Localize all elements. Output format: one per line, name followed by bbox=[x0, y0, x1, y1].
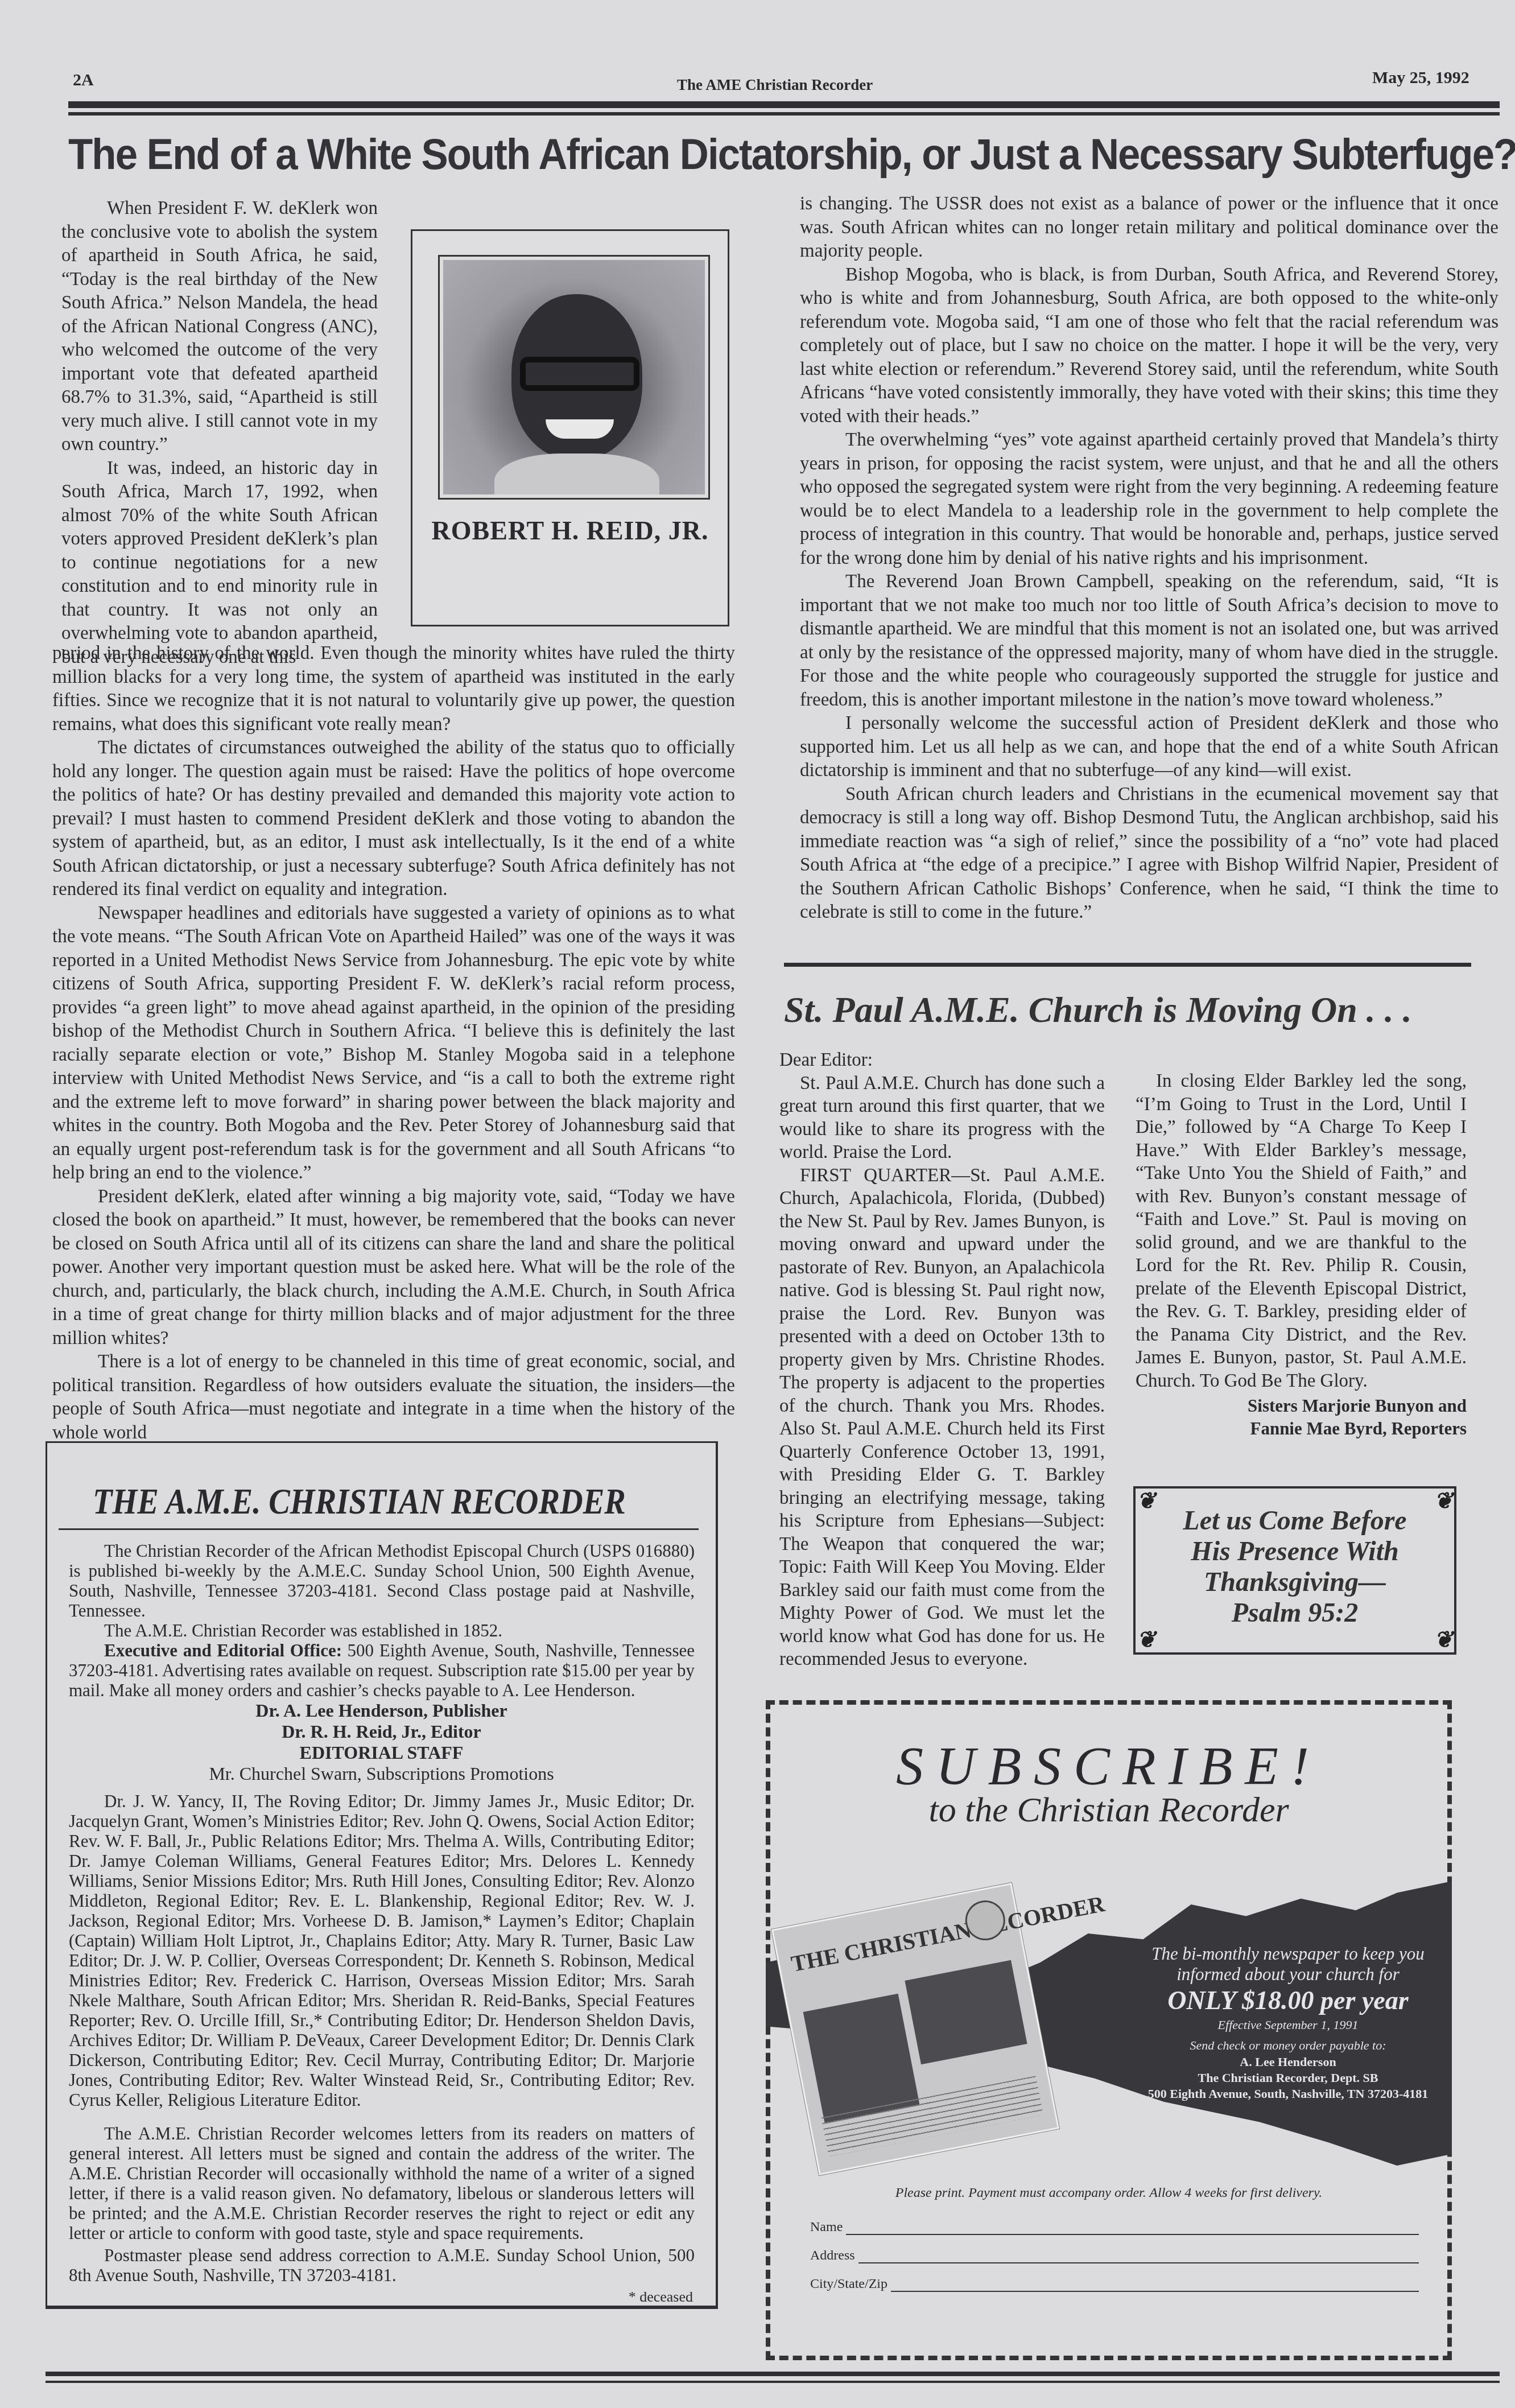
paragraph: Newspaper headlines and editorials have … bbox=[52, 902, 735, 1185]
staff-list: Dr. J. W. Yancy, II, The Roving Editor; … bbox=[69, 1791, 695, 2110]
signature-line: Fannie Mae Byrd, Reporters bbox=[1136, 1417, 1467, 1440]
postmaster-notice: Postmaster please send address correctio… bbox=[69, 2245, 695, 2285]
footer-rule-thin bbox=[46, 2381, 1500, 2383]
paragraph: When President F. W. deKlerk won the con… bbox=[61, 197, 378, 457]
paragraph: period in the history of the world. Even… bbox=[52, 642, 735, 736]
office-label: Executive and Editorial Office: bbox=[104, 1640, 342, 1660]
editorial-wide-column: period in the history of the world. Even… bbox=[52, 642, 735, 1445]
paragraph: The overwhelming “yes” vote against apar… bbox=[800, 428, 1499, 570]
paragraph: The Reverend Joan Brown Campbell, speaki… bbox=[800, 570, 1499, 712]
psalm-line: Psalm 95:2 bbox=[1136, 1598, 1454, 1628]
newspaper-illustration: THE CHRISTIAN RECORDER bbox=[771, 1883, 1059, 2175]
editorial-narrow-column: When President F. W. deKlerk won the con… bbox=[61, 197, 378, 669]
masthead-rule bbox=[59, 1528, 699, 1530]
masthead-para: The A.M.E. Christian Recorder was establ… bbox=[69, 1621, 695, 1640]
page-number: 2A bbox=[73, 71, 94, 90]
letters-policy-text: The A.M.E. Christian Recorder welcomes l… bbox=[69, 2124, 695, 2243]
footer-rule-thick bbox=[46, 2372, 1500, 2376]
publication-name: The AME Christian Recorder bbox=[677, 76, 873, 94]
effective-date: Effective September 1, 1991 bbox=[1134, 2017, 1442, 2034]
psalm-line: His Presence With bbox=[1136, 1536, 1454, 1567]
subscribe-coupon[interactable]: SUBSCRIBE! to the Christian Recorder THE… bbox=[766, 1700, 1452, 2360]
field-label: City/State/Zip bbox=[810, 2277, 887, 2292]
form-instructions: Please print. Payment must accompany ord… bbox=[770, 2186, 1447, 2201]
newspaper-photo bbox=[905, 1960, 1027, 2064]
address-input-line[interactable] bbox=[858, 2250, 1419, 2263]
paragraph: Bishop Mogoba, who is black, is from Dur… bbox=[800, 263, 1499, 429]
subscribe-subtitle: to the Christian Recorder bbox=[770, 1790, 1447, 1830]
paragraph: President deKlerk, elated after winning … bbox=[52, 1185, 735, 1351]
fleuron-icon: ❦ bbox=[1137, 1628, 1156, 1651]
fleuron-icon: ❦ bbox=[1434, 1628, 1453, 1651]
psalm-line: Let us Come Before bbox=[1136, 1506, 1454, 1536]
publisher: Dr. A. Lee Henderson, Publisher bbox=[47, 1700, 716, 1721]
editorial-headline: The End of a White South African Dictato… bbox=[68, 130, 1354, 179]
name-field[interactable]: Name bbox=[810, 2220, 1419, 2235]
issue-date: May 25, 1992 bbox=[1372, 68, 1469, 88]
portrait-shirt bbox=[494, 453, 659, 494]
header-rule-thin bbox=[68, 112, 1500, 116]
salutation: Dear Editor: bbox=[779, 1049, 1105, 1072]
subscribe-offer: The bi-monthly newspaper to keep you inf… bbox=[1134, 1944, 1442, 2102]
header-rule-thick bbox=[68, 101, 1500, 108]
price: ONLY $18.00 per year bbox=[1134, 1985, 1442, 2017]
field-label: Address bbox=[810, 2248, 855, 2263]
photo-frame bbox=[438, 255, 710, 500]
field-label: Name bbox=[810, 2220, 843, 2235]
blurb-line: informed about your church for bbox=[1134, 1964, 1442, 1985]
masthead-info: The Christian Recorder of the African Me… bbox=[69, 1541, 695, 1700]
paragraph: The dictates of circumstances outweighed… bbox=[52, 736, 735, 902]
send-to: Send check or money order payable to: bbox=[1134, 2037, 1442, 2054]
paragraph: FIRST QUARTER—St. Paul A.M.E. Church, Ap… bbox=[779, 1164, 1105, 1671]
paragraph: It was, indeed, an historic day in South… bbox=[61, 457, 378, 670]
name-input-line[interactable] bbox=[846, 2221, 1419, 2235]
section-divider bbox=[784, 963, 1471, 967]
portrait-glasses bbox=[520, 357, 639, 391]
psalm-line: Thanksgiving— bbox=[1136, 1567, 1454, 1598]
portrait-smile bbox=[546, 419, 614, 439]
letters-policy: The A.M.E. Christian Recorder welcomes l… bbox=[69, 2124, 695, 2243]
paragraph: There is a lot of energy to be channeled… bbox=[52, 1350, 735, 1445]
masthead-para: The Christian Recorder of the African Me… bbox=[69, 1541, 695, 1621]
paragraph: is changing. The USSR does not exist as … bbox=[800, 192, 1499, 263]
department: The Christian Recorder, Dept. SB bbox=[1134, 2070, 1442, 2086]
signature: Sisters Marjorie Bunyon and Fannie Mae B… bbox=[1136, 1395, 1467, 1440]
signature-line: Sisters Marjorie Bunyon and bbox=[1136, 1395, 1467, 1417]
stpaul-headline: St. Paul A.M.E. Church is Moving On . . … bbox=[784, 989, 1412, 1031]
stpaul-column-1: Dear Editor: St. Paul A.M.E. Church has … bbox=[779, 1049, 1105, 1671]
subscribe-title: SUBSCRIBE! bbox=[770, 1734, 1447, 1797]
masthead-officers: Dr. A. Lee Henderson, Publisher Dr. R. H… bbox=[47, 1700, 716, 1784]
author-photo-box: ROBERT H. REID, JR. bbox=[411, 229, 729, 626]
paragraph: I personally welcome the successful acti… bbox=[800, 712, 1499, 783]
fleuron-icon: ❦ bbox=[1137, 1490, 1156, 1512]
staff-list-text: Dr. J. W. Yancy, II, The Roving Editor; … bbox=[69, 1791, 695, 2110]
blurb-line: The bi-monthly newspaper to keep you bbox=[1134, 1944, 1442, 1964]
mailing-address: 500 Eighth Avenue, South, Nashville, TN … bbox=[1134, 2086, 1442, 2102]
photo-caption: ROBERT H. REID, JR. bbox=[412, 516, 728, 546]
editor: Dr. R. H. Reid, Jr., Editor bbox=[47, 1721, 716, 1742]
city-state-zip-field[interactable]: City/State/Zip bbox=[810, 2277, 1419, 2292]
stpaul-column-2: In closing Elder Barkley led the song, “… bbox=[1136, 1070, 1467, 1440]
city-state-zip-input-line[interactable] bbox=[891, 2278, 1419, 2292]
masthead-box: THE A.M.E. CHRISTIAN RECORDER The Christ… bbox=[46, 1441, 718, 2309]
masthead-title: THE A.M.E. CHRISTIAN RECORDER bbox=[93, 1481, 626, 1523]
editorial-right-column: is changing. The USSR does not exist as … bbox=[800, 192, 1499, 925]
masthead-para: Executive and Editorial Office: 500 Eigh… bbox=[69, 1640, 695, 1700]
payee: A. Lee Henderson bbox=[1134, 2054, 1442, 2070]
author-portrait bbox=[443, 260, 705, 494]
paragraph: South African church leaders and Christi… bbox=[800, 783, 1499, 925]
psalm-box: ❦ ❦ ❦ ❦ Let us Come Before His Presence … bbox=[1133, 1486, 1456, 1655]
paragraph: In closing Elder Barkley led the song, “… bbox=[1136, 1070, 1467, 1392]
subscriptions-promotions: Mr. Churchel Swarn, Subscriptions Promot… bbox=[47, 1763, 716, 1784]
address-field[interactable]: Address bbox=[810, 2248, 1419, 2263]
fleuron-icon: ❦ bbox=[1434, 1490, 1453, 1512]
deceased-footnote: * deceased bbox=[629, 2289, 693, 2306]
postmaster-text: Postmaster please send address correctio… bbox=[69, 2245, 695, 2285]
staff-heading: EDITORIAL STAFF bbox=[47, 1742, 716, 1763]
paragraph: St. Paul A.M.E. Church has done such a g… bbox=[779, 1072, 1105, 1164]
